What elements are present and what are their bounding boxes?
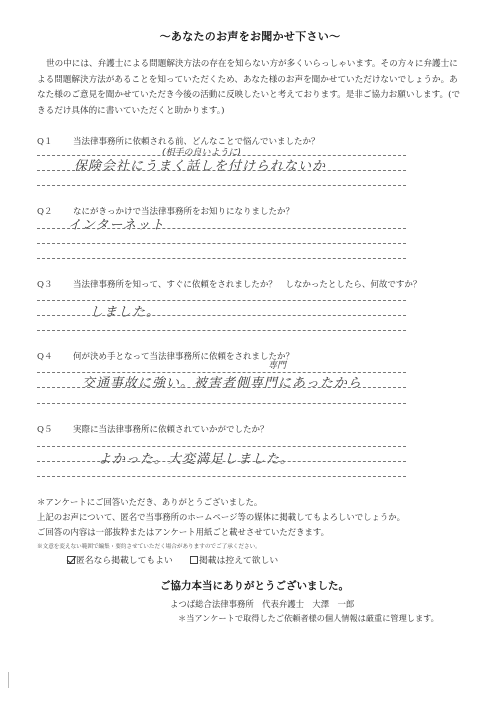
answer-line <box>37 243 406 244</box>
consent-label: 匿名なら掲載してもよい <box>76 553 173 566</box>
question-label: Q２ <box>37 205 52 217</box>
question-label: Q１ <box>37 135 52 147</box>
survey-thanks-line: ＊アンケートにご回答いただき、ありがとうございました。 <box>37 496 262 508</box>
answer-line <box>37 387 406 388</box>
closing-thanks: ご協力本当にありがとうございました。 <box>160 578 349 593</box>
handwritten-correction: 専門 <box>268 358 286 371</box>
question-text: 実際に当法律事務所に依頼されていかがでしたか？ <box>73 423 269 435</box>
scan-edge-mark <box>8 672 9 688</box>
question-text: 何が決め手となって当法律事務所に依頼をされましたか？ <box>73 350 294 362</box>
answer-line <box>37 461 406 462</box>
question-label: Q４ <box>37 350 52 362</box>
publish-question: 上記のお声について、匿名で当事務所のホームページ等の媒体に掲載してもよろしいでし… <box>37 511 405 523</box>
handwritten-answer: インターネット <box>68 214 165 233</box>
publish-detail: ご回答の内容は一部抜粋またはアンケート用紙ごと載せさせていただきます。 <box>37 526 329 538</box>
handwritten-answer: 交通事故に強い。被害者側専門にあったから <box>82 372 362 391</box>
answer-line <box>37 476 406 477</box>
consent-option-decline[interactable]: 掲載は控えて欲しい <box>190 553 278 566</box>
checkbox-empty-icon[interactable] <box>190 556 198 564</box>
page-title: ～あなたのお声をお聞かせ下さい～ <box>0 28 500 44</box>
answer-line <box>37 403 406 404</box>
answer-line <box>37 258 406 259</box>
question-text: 当法律事務所を知って、すぐに依頼をされましたか？ しなかったとしたら、何故ですか… <box>73 278 421 290</box>
privacy-note: ＊当アンケートで取得したご依頼者様の個人情報は厳重に管理します。 <box>178 613 439 624</box>
edit-note: ※文意を変えない範囲で編集・要約させていただく場合がありますのでご了承ください。 <box>37 542 261 550</box>
question-label: Q３ <box>37 278 52 290</box>
answer-line <box>37 170 406 171</box>
answer-line <box>37 330 406 331</box>
intro-paragraph: 世の中には、弁護士による問題解決方法の存在を知らない方が多くいらっしゃいます。そ… <box>37 57 462 119</box>
firm-signature: よつば総合法律事務所 代表弁護士 大澤 一郎 <box>170 598 354 610</box>
answer-line <box>37 446 406 447</box>
answer-line <box>37 228 406 229</box>
consent-option-anonymous[interactable]: 匿名なら掲載してもよい <box>67 553 173 566</box>
handwritten-answer: 保険会社にうまく話しを付けられないか <box>74 155 326 174</box>
checkbox-checked-icon[interactable] <box>67 556 75 564</box>
question-label: Q５ <box>37 423 52 435</box>
answer-line <box>37 185 406 186</box>
consent-label: 掲載は控えて欲しい <box>199 553 278 566</box>
handwritten-answer: よかった。大変満足しました。 <box>98 448 294 467</box>
handwritten-answer: しました。 <box>90 301 160 320</box>
answer-line <box>37 315 406 316</box>
